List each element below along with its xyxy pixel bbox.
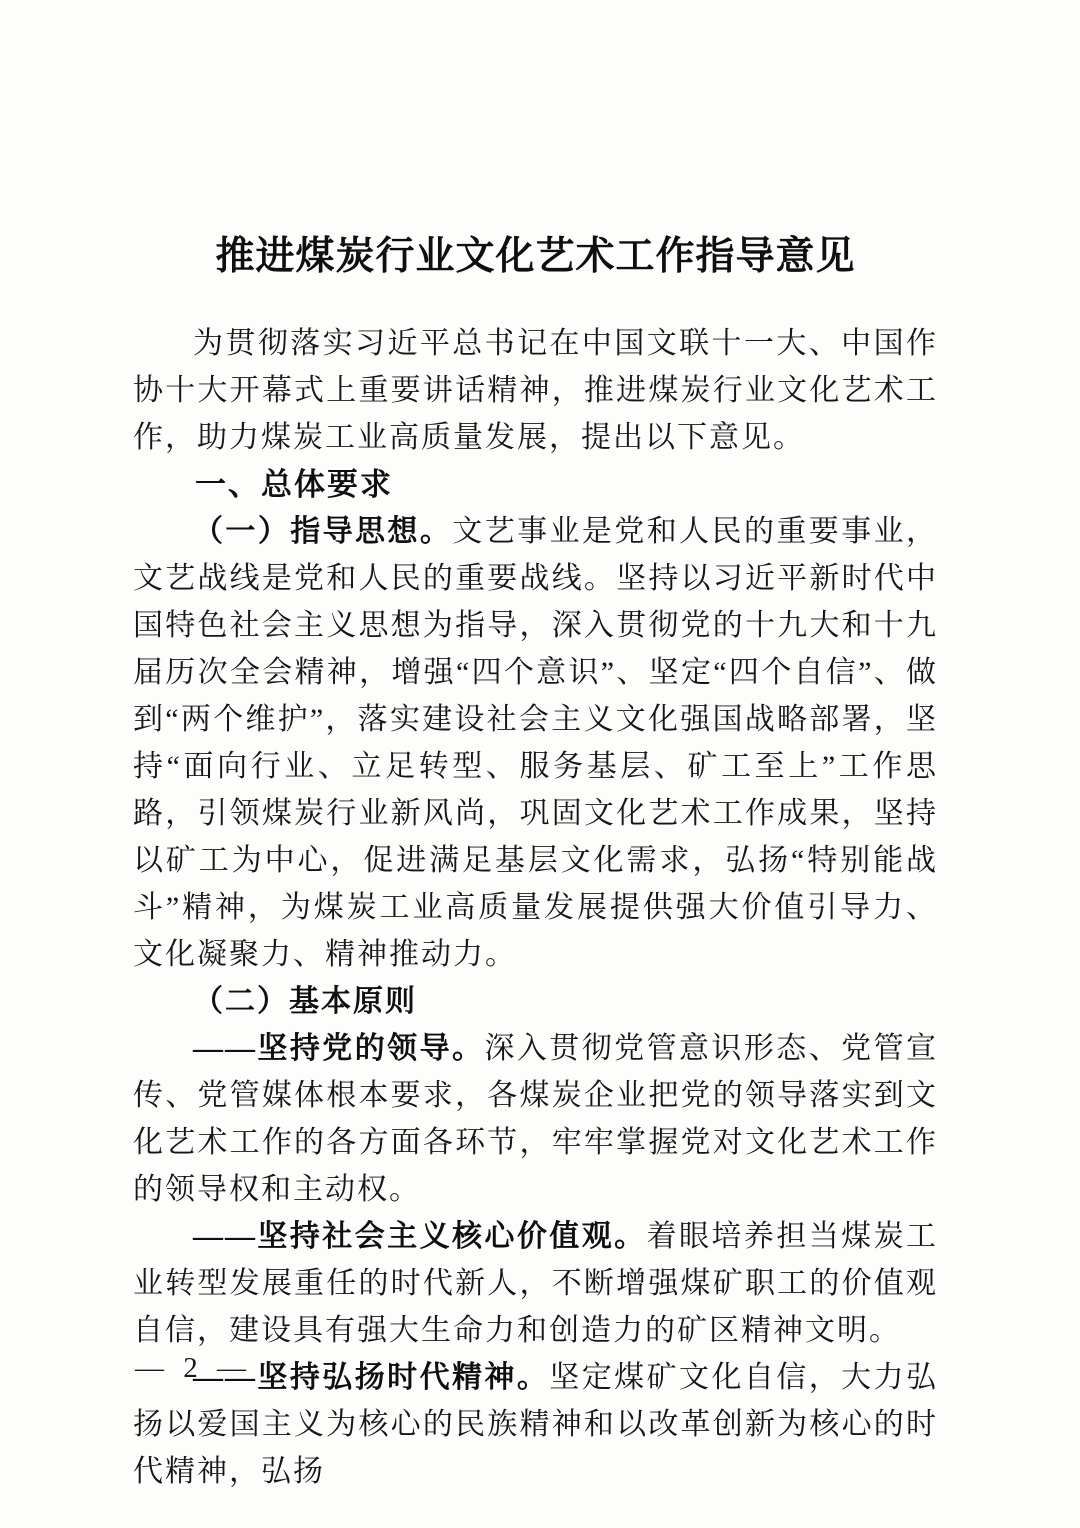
heading-overall-requirements: 一、总体要求	[133, 461, 938, 508]
principle-era-spirit: ——坚持弘扬时代精神。坚定煤矿文化自信，大力弘扬以爱国主义为核心的民族精神和以改…	[133, 1354, 938, 1495]
principle-core-values-label: ——坚持社会主义核心价值观。	[193, 1220, 647, 1253]
intro-text: 为贯彻落实习近平总书记在中国文联十一大、中国作协十大开幕式上重要讲话精神，推进煤…	[133, 327, 938, 454]
principle-core-values: ——坚持社会主义核心价值观。着眼培养担当煤炭工业转型发展重任的时代新人，不断增强…	[133, 1213, 938, 1354]
guiding-ideology-text: 文艺事业是党和人民的重要事业，文艺战线是党和人民的重要战线。坚持以习近平新时代中…	[133, 515, 938, 971]
principle-party-leadership: ——坚持党的领导。深入贯彻党管意识形态、党管宣传、党管媒体根本要求，各煤炭企业把…	[133, 1025, 938, 1213]
document-title: 推进煤炭行业文化艺术工作指导意见	[133, 234, 938, 280]
heading-basic-principles: （二）基本原则	[133, 978, 938, 1025]
document-page: 推进煤炭行业文化艺术工作指导意见 为贯彻落实习近平总书记在中国文联十一大、中国作…	[0, 0, 1080, 1528]
page-number: — 2 —	[135, 1352, 252, 1385]
guiding-ideology-label: （一）指导思想。	[193, 515, 452, 548]
intro-paragraph: 为贯彻落实习近平总书记在中国文联十一大、中国作协十大开幕式上重要讲话精神，推进煤…	[133, 320, 938, 461]
paragraph-guiding-ideology: （一）指导思想。文艺事业是党和人民的重要事业，文艺战线是党和人民的重要战线。坚持…	[133, 508, 938, 978]
principle-party-leadership-label: ——坚持党的领导。	[193, 1032, 484, 1065]
